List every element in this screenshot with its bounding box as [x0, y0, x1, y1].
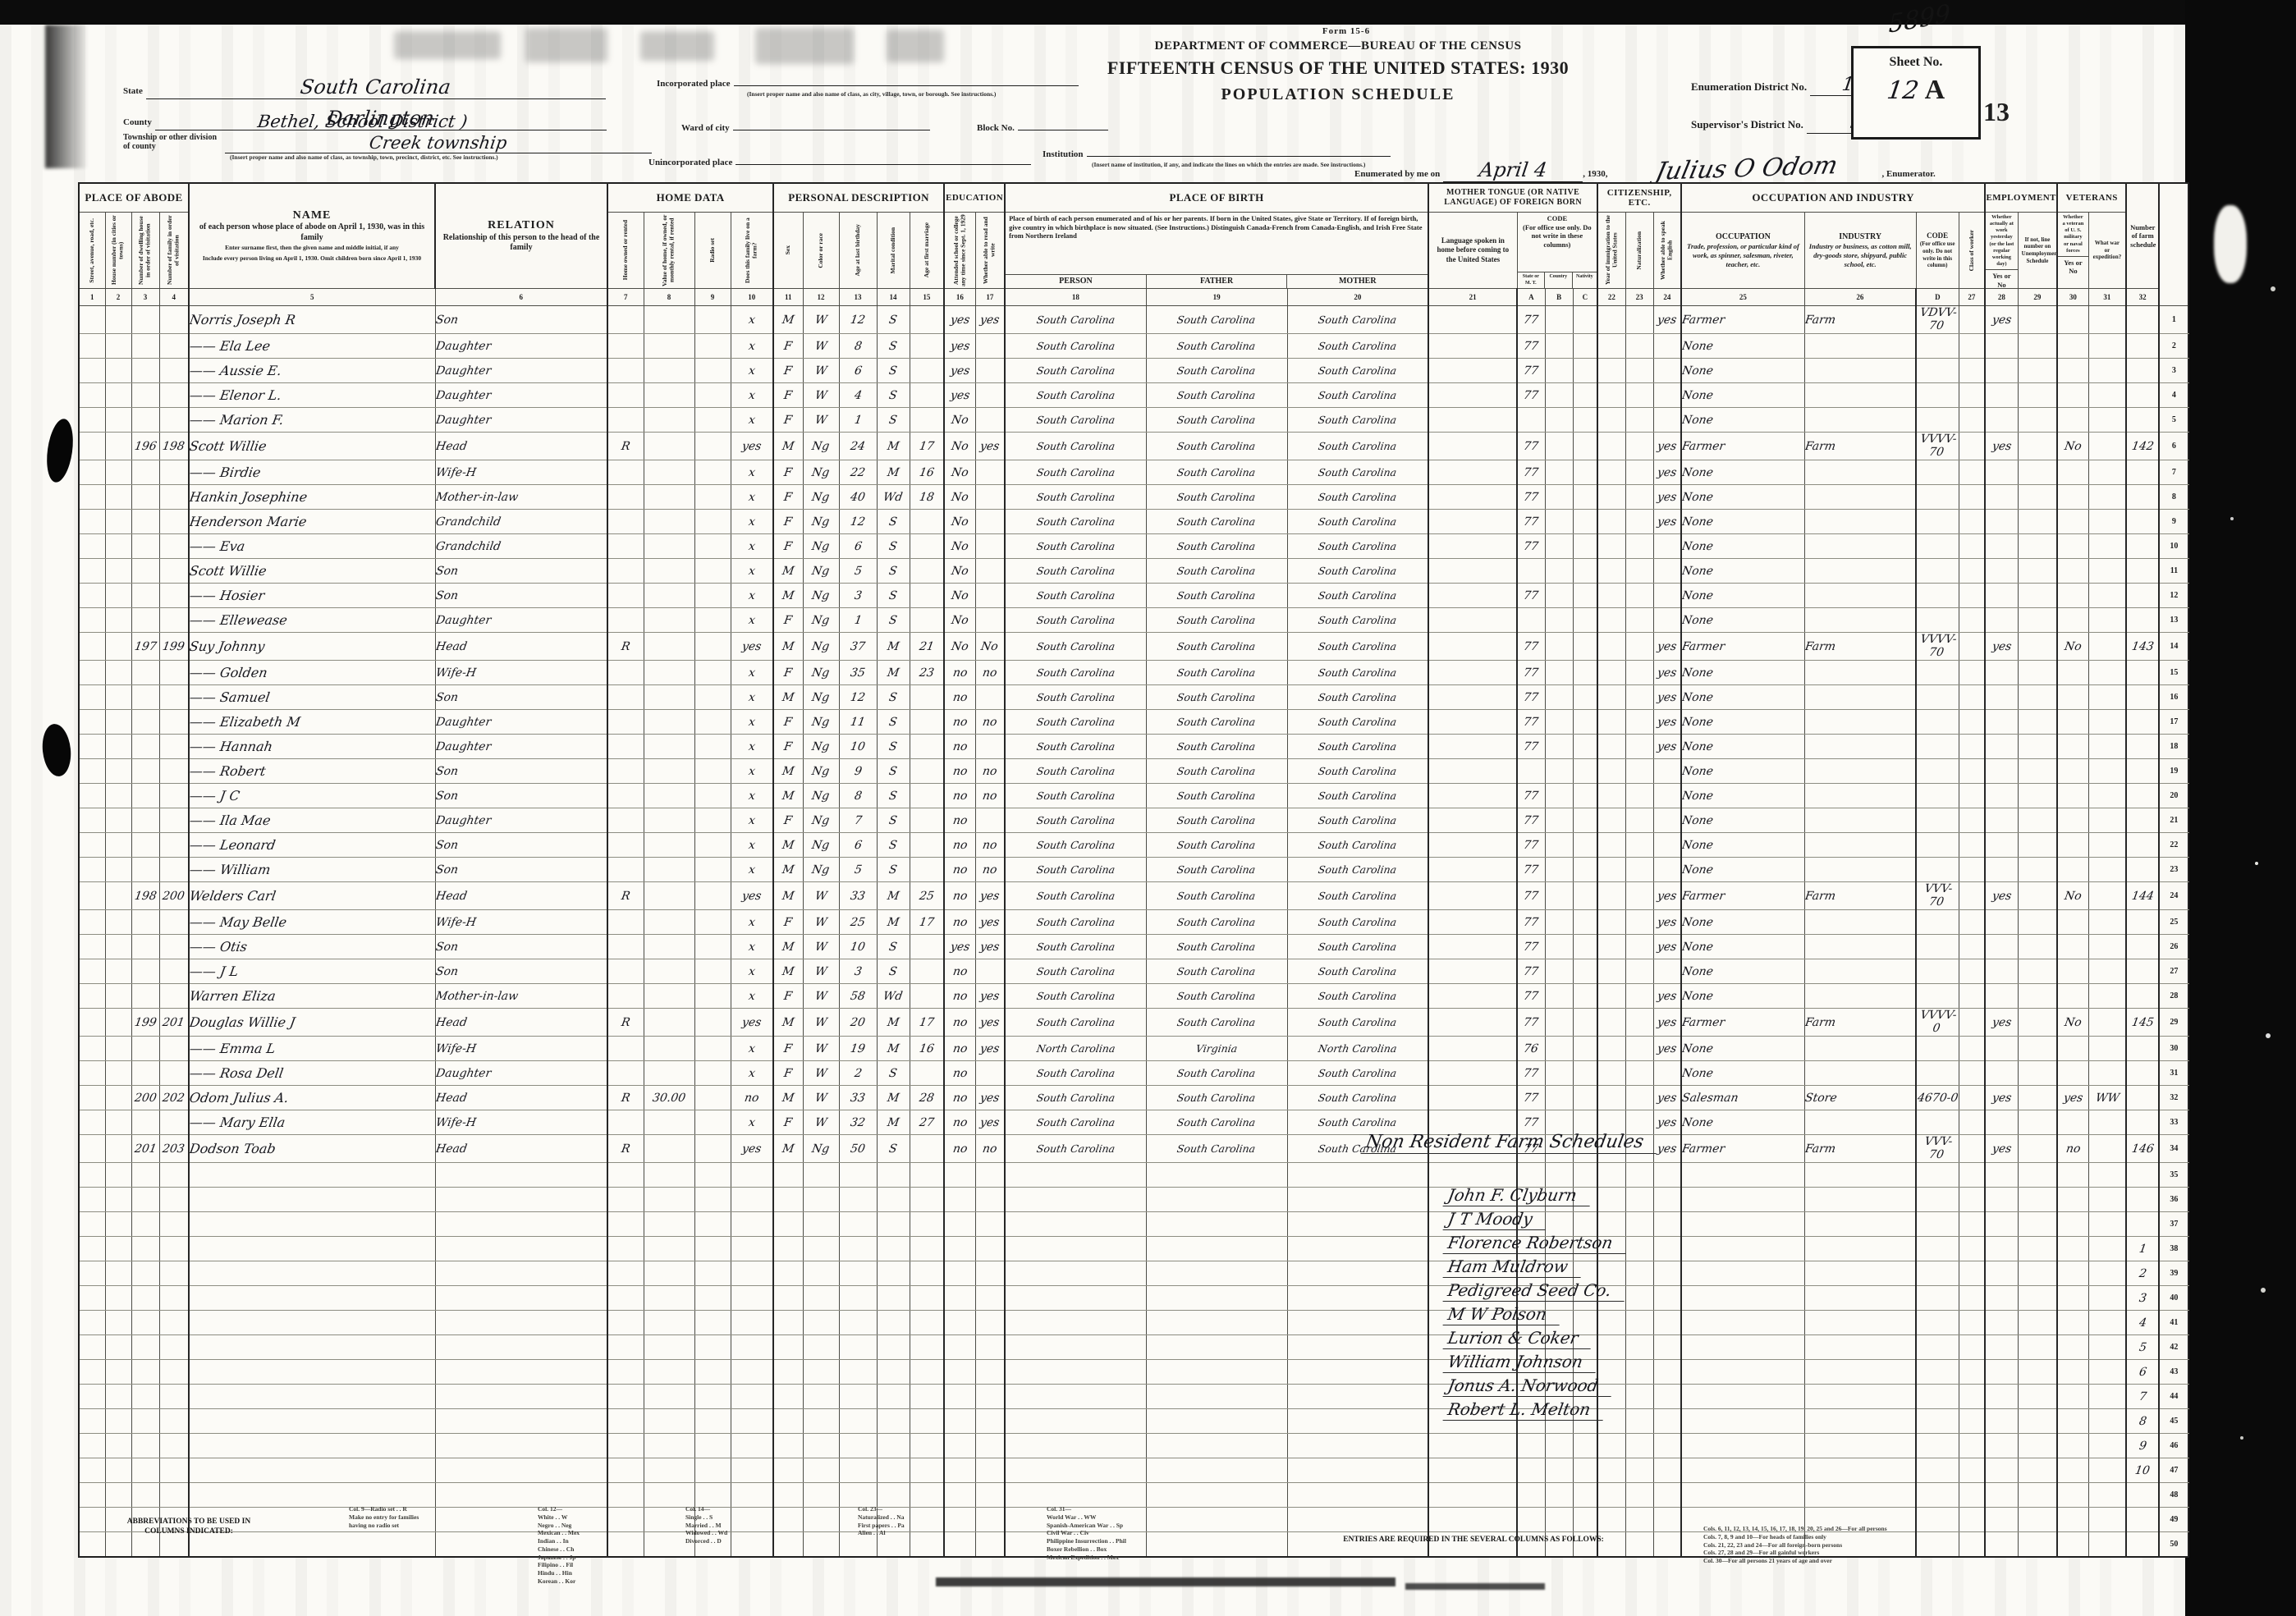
cell-c2	[105, 1385, 131, 1409]
cell-rw	[975, 534, 1005, 559]
line-number: 3	[2159, 359, 2188, 383]
cell-ind: Farm	[1804, 306, 1916, 334]
cell-eng	[1653, 1458, 1681, 1483]
cell-c29	[2018, 1188, 2057, 1212]
cell-c22	[1597, 1188, 1625, 1212]
cell-mar	[877, 1261, 910, 1286]
cell-am	[910, 959, 944, 984]
cell-pb	[1005, 1188, 1146, 1212]
line-number: 2	[2159, 334, 2188, 359]
cell-c21	[1428, 959, 1517, 984]
cell-name: —— Rosa Dell	[189, 1061, 435, 1086]
cell-pb: South Carolina	[1005, 685, 1146, 710]
cell-c27	[1959, 1188, 1985, 1212]
cell-age: 9	[839, 759, 877, 784]
cell-ind	[1804, 959, 1916, 984]
cell-age	[839, 1385, 877, 1409]
cell-c2	[105, 1335, 131, 1360]
cell-c27	[1959, 1061, 1985, 1086]
cell-c29	[2018, 460, 2057, 485]
cell-w28	[1985, 510, 2018, 534]
cell-am	[910, 1458, 944, 1483]
cell-sex: F	[773, 808, 803, 833]
cell-sex: F	[773, 460, 803, 485]
cell-d	[131, 1237, 159, 1261]
cell-v30	[2057, 1037, 2088, 1061]
cell-sex	[773, 1163, 803, 1188]
cell-cD	[1916, 334, 1959, 359]
cell-occ	[1681, 1237, 1804, 1261]
cell-w28	[1985, 1212, 2018, 1237]
cell-sch: No	[944, 608, 975, 633]
cell-pf: South Carolina	[1146, 759, 1287, 784]
table-row: —— WilliamSonxMNg5SnonoSouth CarolinaSou…	[79, 858, 2188, 882]
cell-ind	[1804, 1261, 1916, 1286]
cell-r9	[694, 334, 731, 359]
cell-c27	[1959, 1458, 1985, 1483]
cell-c27	[1959, 1237, 1985, 1261]
cell-pb	[1005, 1163, 1146, 1188]
cell-fs	[2126, 306, 2159, 334]
cell-name: —— Marion F.	[189, 408, 435, 433]
cell-w28	[1985, 1237, 2018, 1261]
nonresident-entry: Jonus A. Norwood	[1443, 1376, 1615, 1395]
scan-blob	[40, 722, 74, 777]
cell-f	[159, 383, 189, 408]
cell-c29	[2018, 1086, 2057, 1110]
cell-d	[131, 534, 159, 559]
cell-c21	[1428, 710, 1517, 735]
cell-c2	[105, 784, 131, 808]
cell-o7	[607, 984, 644, 1009]
cell-c1	[79, 559, 105, 584]
cell-occ: Farmer	[1681, 1135, 1804, 1163]
cell-eng	[1653, 1286, 1681, 1311]
cell-pf: South Carolina	[1146, 408, 1287, 433]
table-row: —— OtisSonxMW10SyesyesSouth CarolinaSout…	[79, 935, 2188, 959]
cell-pf: South Carolina	[1146, 858, 1287, 882]
cell-v30	[2057, 858, 2088, 882]
unincorporated-label: Unincorporated place	[648, 158, 732, 167]
cell-cD	[1916, 1409, 1959, 1434]
cell-race: Ng	[803, 661, 839, 685]
entries-required-title: ENTRIES ARE REQUIRED IN THE SEVERAL COLU…	[1343, 1536, 1604, 1544]
cell-sch: No	[944, 584, 975, 608]
cell-rel: Head	[435, 633, 607, 661]
cell-name	[189, 1237, 435, 1261]
cell-war	[2088, 959, 2126, 984]
column-abode-4: Number of family in order of visitation	[159, 213, 189, 289]
cell-c22	[1597, 1458, 1625, 1483]
cell-c29	[2018, 710, 2057, 735]
cell-cC	[1573, 882, 1597, 910]
cell-eng: yes	[1653, 882, 1681, 910]
cell-race: Ng	[803, 808, 839, 833]
cell-fs	[2126, 1037, 2159, 1061]
township-note: (Insert proper name and also name of cla…	[230, 153, 665, 161]
cell-w28	[1985, 408, 2018, 433]
cell-c23	[1625, 510, 1653, 534]
cell-c23	[1625, 858, 1653, 882]
cell-f: 202	[159, 1086, 189, 1110]
cell-pm	[1287, 1188, 1428, 1212]
cell-cD	[1916, 1335, 1959, 1360]
cell-v30	[2057, 784, 2088, 808]
cell-race: W	[803, 359, 839, 383]
cell-pm: South Carolina	[1287, 910, 1428, 935]
cell-mar: S	[877, 334, 910, 359]
cell-occ: None	[1681, 759, 1804, 784]
cell-c29	[2018, 306, 2057, 334]
cell-sex: F	[773, 984, 803, 1009]
cell-am	[910, 784, 944, 808]
cell-v8	[644, 935, 694, 959]
cell-f	[159, 858, 189, 882]
cell-cA: 77	[1517, 882, 1545, 910]
cell-c21	[1428, 334, 1517, 359]
cell-age: 6	[839, 833, 877, 858]
nonresident-entry: Ham Muldrow	[1443, 1257, 1584, 1276]
cell-o7: R	[607, 1135, 644, 1163]
cell-f10: x	[731, 608, 773, 633]
cell-r9	[694, 685, 731, 710]
cell-cD	[1916, 1385, 1959, 1409]
cell-ind	[1804, 559, 1916, 584]
cell-occ	[1681, 1458, 1804, 1483]
cell-f	[159, 735, 189, 759]
cell-rw: no	[975, 858, 1005, 882]
cell-occ: None	[1681, 383, 1804, 408]
cell-ind	[1804, 1286, 1916, 1311]
institution-field: Institution (Insert name of institution,…	[1043, 146, 1391, 168]
cell-pb: South Carolina	[1005, 608, 1146, 633]
cell-occ: Farmer	[1681, 1009, 1804, 1037]
cell-fs: 4	[2126, 1311, 2159, 1335]
cell-d: 198	[131, 882, 159, 910]
cell-d	[131, 408, 159, 433]
cell-race: Ng	[803, 608, 839, 633]
cell-mar: S	[877, 510, 910, 534]
cell-am	[910, 1135, 944, 1163]
township-value-line1: Bethel, School District )	[256, 112, 469, 131]
cell-age: 3	[839, 584, 877, 608]
cell-c27	[1959, 510, 1985, 534]
cell-c2	[105, 1135, 131, 1163]
cell-c2	[105, 1037, 131, 1061]
cell-c29	[2018, 510, 2057, 534]
cell-v30	[2057, 1409, 2088, 1434]
cell-r9	[694, 1188, 731, 1212]
nonresident-entry: Robert L. Melton	[1443, 1399, 1607, 1419]
cell-rw: no	[975, 1135, 1005, 1163]
cell-rel: Head	[435, 1009, 607, 1037]
cell-pm: South Carolina	[1287, 383, 1428, 408]
cell-rw: yes	[975, 882, 1005, 910]
cell-fs: 146	[2126, 1135, 2159, 1163]
column-number: 30	[2057, 289, 2088, 306]
cell-c23	[1625, 710, 1653, 735]
cell-pb: South Carolina	[1005, 383, 1146, 408]
cell-r9	[694, 1110, 731, 1135]
cell-o7	[607, 735, 644, 759]
incorporated-note: (Insert proper name and also name of cla…	[747, 90, 1079, 98]
scan-edge-smudge	[45, 25, 103, 168]
nonresident-entry: Lurion & Coker	[1443, 1328, 1595, 1348]
line-number: 28	[2159, 984, 2188, 1009]
cell-w28	[1985, 1385, 2018, 1409]
cell-c1	[79, 1409, 105, 1434]
cell-am	[910, 833, 944, 858]
cell-pf	[1146, 1311, 1287, 1335]
column-home-2: Value of home, if owned, or monthly rent…	[644, 213, 694, 289]
cell-v8	[644, 759, 694, 784]
table-row: —— Marion F.DaughterxFW1SNoSouth Carolin…	[79, 408, 2188, 433]
cell-rw	[975, 1188, 1005, 1212]
table-row: —— SamuelSonxMNg12SnoSouth CarolinaSouth…	[79, 685, 2188, 710]
cell-c2	[105, 1409, 131, 1434]
cell-sch	[944, 1458, 975, 1483]
cell-cA: 77	[1517, 784, 1545, 808]
cell-cB	[1545, 510, 1573, 534]
cell-rw	[975, 959, 1005, 984]
cell-cC	[1573, 833, 1597, 858]
cell-mar	[877, 1237, 910, 1261]
cell-c22	[1597, 808, 1625, 833]
cell-pm: South Carolina	[1287, 858, 1428, 882]
cell-rel: Daughter	[435, 408, 607, 433]
cell-occ: None	[1681, 534, 1804, 559]
cell-pf: South Carolina	[1146, 334, 1287, 359]
cell-fs: 6	[2126, 1360, 2159, 1385]
footer-block: Col. 12—White . . WNegro . . NegMexican …	[538, 1505, 677, 1586]
cell-am: 21	[910, 633, 944, 661]
cell-rel: Daughter	[435, 808, 607, 833]
cell-war	[2088, 1212, 2126, 1237]
cell-v30	[2057, 1434, 2088, 1458]
line-number: 31	[2159, 1061, 2188, 1086]
cell-f10: yes	[731, 633, 773, 661]
block-field: Block No.	[977, 120, 1108, 135]
cell-name: —— Elenor L.	[189, 383, 435, 408]
cell-race: W	[803, 935, 839, 959]
cell-d: 200	[131, 1086, 159, 1110]
cell-fs: 7	[2126, 1385, 2159, 1409]
cell-mar: S	[877, 306, 910, 334]
cell-cC	[1573, 1434, 1597, 1458]
cell-c2	[105, 1086, 131, 1110]
cell-rel	[435, 1434, 607, 1458]
cell-fs	[2126, 984, 2159, 1009]
cell-sch: yes	[944, 359, 975, 383]
cell-sch: No	[944, 460, 975, 485]
cell-d	[131, 584, 159, 608]
cell-f10	[731, 1409, 773, 1434]
cell-c29	[2018, 1212, 2057, 1237]
cell-c23	[1625, 882, 1653, 910]
cell-name	[189, 1385, 435, 1409]
cell-name: Scott Willie	[189, 559, 435, 584]
cell-occ	[1681, 1163, 1804, 1188]
cell-o7	[607, 608, 644, 633]
township-value-line2: Creek township	[369, 133, 509, 153]
cell-cA	[1517, 559, 1545, 584]
cell-o7	[607, 808, 644, 833]
cell-f10: x	[731, 1110, 773, 1135]
cell-o7	[607, 1286, 644, 1311]
cell-cD: VVVV-70	[1916, 633, 1959, 661]
cell-pf: South Carolina	[1146, 608, 1287, 633]
cell-pf: South Carolina	[1146, 584, 1287, 608]
cell-f	[159, 808, 189, 833]
sheet-letter: A	[1925, 75, 1945, 105]
table-row: —— J LSonxMW3SnoSouth CarolinaSouth Caro…	[79, 959, 2188, 984]
cell-v30	[2057, 685, 2088, 710]
cell-name	[189, 1311, 435, 1335]
cell-c29	[2018, 1311, 2057, 1335]
cell-v30	[2057, 808, 2088, 833]
cell-c23	[1625, 359, 1653, 383]
cell-c23	[1625, 559, 1653, 584]
cell-race: Ng	[803, 833, 839, 858]
cell-r9	[694, 1335, 731, 1360]
cell-w28	[1985, 833, 2018, 858]
cell-war	[2088, 1458, 2126, 1483]
cell-c2	[105, 1212, 131, 1237]
cell-f10	[731, 1311, 773, 1335]
table-row: 196198Scott WillieHeadRyesMNg24M17NoyesS…	[79, 433, 2188, 460]
group-education: EDUCATION	[944, 183, 1005, 213]
cell-c29	[2018, 559, 2057, 584]
cell-eng	[1653, 1188, 1681, 1212]
cell-age: 20	[839, 1009, 877, 1037]
cell-ind	[1804, 1458, 1916, 1483]
cell-c27	[1959, 935, 1985, 959]
cell-pm: South Carolina	[1287, 661, 1428, 685]
department-line: DEPARTMENT OF COMMERCE—BUREAU OF THE CEN…	[1067, 39, 1609, 53]
cell-am: 18	[910, 485, 944, 510]
cell-c27	[1959, 1086, 1985, 1110]
cell-d	[131, 1212, 159, 1237]
cell-c27	[1959, 1135, 1985, 1163]
cell-rw	[975, 1286, 1005, 1311]
cell-v8	[644, 433, 694, 460]
line-number: 47	[2159, 1458, 2188, 1483]
cell-v8	[644, 1163, 694, 1188]
cell-ind	[1804, 534, 1916, 559]
sheet-number-value: 12	[1885, 76, 1920, 105]
cell-o7	[607, 910, 644, 935]
cell-f	[159, 1110, 189, 1135]
cell-o7	[607, 1311, 644, 1335]
cell-r9	[694, 1061, 731, 1086]
cell-f10	[731, 1458, 773, 1483]
cell-r9	[694, 808, 731, 833]
cell-mar: M	[877, 1086, 910, 1110]
cell-c21	[1428, 433, 1517, 460]
cell-fs	[2126, 808, 2159, 833]
cell-eng	[1653, 1237, 1681, 1261]
cell-rel	[435, 1212, 607, 1237]
cell-cC	[1573, 460, 1597, 485]
cell-c21	[1428, 1037, 1517, 1061]
cell-pb: South Carolina	[1005, 935, 1146, 959]
cell-r9	[694, 784, 731, 808]
cell-c23	[1625, 584, 1653, 608]
cell-c23	[1625, 910, 1653, 935]
cell-war	[2088, 984, 2126, 1009]
line-number: 4	[2159, 383, 2188, 408]
cell-f10	[731, 1163, 773, 1188]
cell-pf	[1146, 1237, 1287, 1261]
cell-c1	[79, 534, 105, 559]
cell-r9	[694, 1360, 731, 1385]
incorporated-field: Incorporated place (Insert proper name a…	[657, 76, 1079, 98]
cell-rw: yes	[975, 935, 1005, 959]
cell-cC	[1573, 633, 1597, 661]
cell-race: Ng	[803, 710, 839, 735]
cell-f10	[731, 1237, 773, 1261]
cell-w28	[1985, 460, 2018, 485]
column-number: 17	[975, 289, 1005, 306]
cell-am	[910, 1385, 944, 1409]
cell-cA: 77	[1517, 661, 1545, 685]
cell-fs	[2126, 510, 2159, 534]
cell-c27	[1959, 584, 1985, 608]
group-home-data: HOME DATA	[607, 183, 773, 213]
cell-cB	[1545, 882, 1573, 910]
group-place-of-birth: PLACE OF BIRTH	[1005, 183, 1428, 213]
cell-sch: yes	[944, 935, 975, 959]
cell-rel: Wife-H	[435, 1037, 607, 1061]
cell-eng: yes	[1653, 1086, 1681, 1110]
cell-cA	[1517, 608, 1545, 633]
cell-v30	[2057, 833, 2088, 858]
column-number: 28	[1985, 289, 2018, 306]
cell-name: —— May Belle	[189, 910, 435, 935]
cell-name: —— Aussie E.	[189, 359, 435, 383]
table-row: 201203Dodson ToabHeadRyesMNg50SnonoSouth…	[79, 1135, 2188, 1163]
cell-cD	[1916, 1261, 1959, 1286]
cell-eng: yes	[1653, 735, 1681, 759]
cell-cA: 77	[1517, 1086, 1545, 1110]
cell-pb	[1005, 1385, 1146, 1409]
cell-ind	[1804, 1409, 1916, 1434]
cell-cD	[1916, 910, 1959, 935]
cell-rw	[975, 359, 1005, 383]
cell-c29	[2018, 1110, 2057, 1135]
cell-age: 24	[839, 433, 877, 460]
cell-cA: 77	[1517, 858, 1545, 882]
line-number: 6	[2159, 433, 2188, 460]
cell-eng	[1653, 1409, 1681, 1434]
column-citizenship-3: Whether able to speak English	[1653, 213, 1681, 289]
cell-v30: no	[2057, 1135, 2088, 1163]
cell-c27	[1959, 383, 1985, 408]
cell-eng	[1653, 784, 1681, 808]
cell-cC	[1573, 359, 1597, 383]
table-row: —— Ila MaeDaughterxFNg7SnoSouth Carolina…	[79, 808, 2188, 833]
cell-v8	[644, 710, 694, 735]
cell-age: 37	[839, 633, 877, 661]
cell-c23	[1625, 1409, 1653, 1434]
line-number: 20	[2159, 784, 2188, 808]
cell-mar	[877, 1212, 910, 1237]
cell-cC	[1573, 984, 1597, 1009]
cell-sex: F	[773, 359, 803, 383]
cell-name: —— Emma L	[189, 1037, 435, 1061]
cell-sch	[944, 1286, 975, 1311]
cell-v8	[644, 334, 694, 359]
